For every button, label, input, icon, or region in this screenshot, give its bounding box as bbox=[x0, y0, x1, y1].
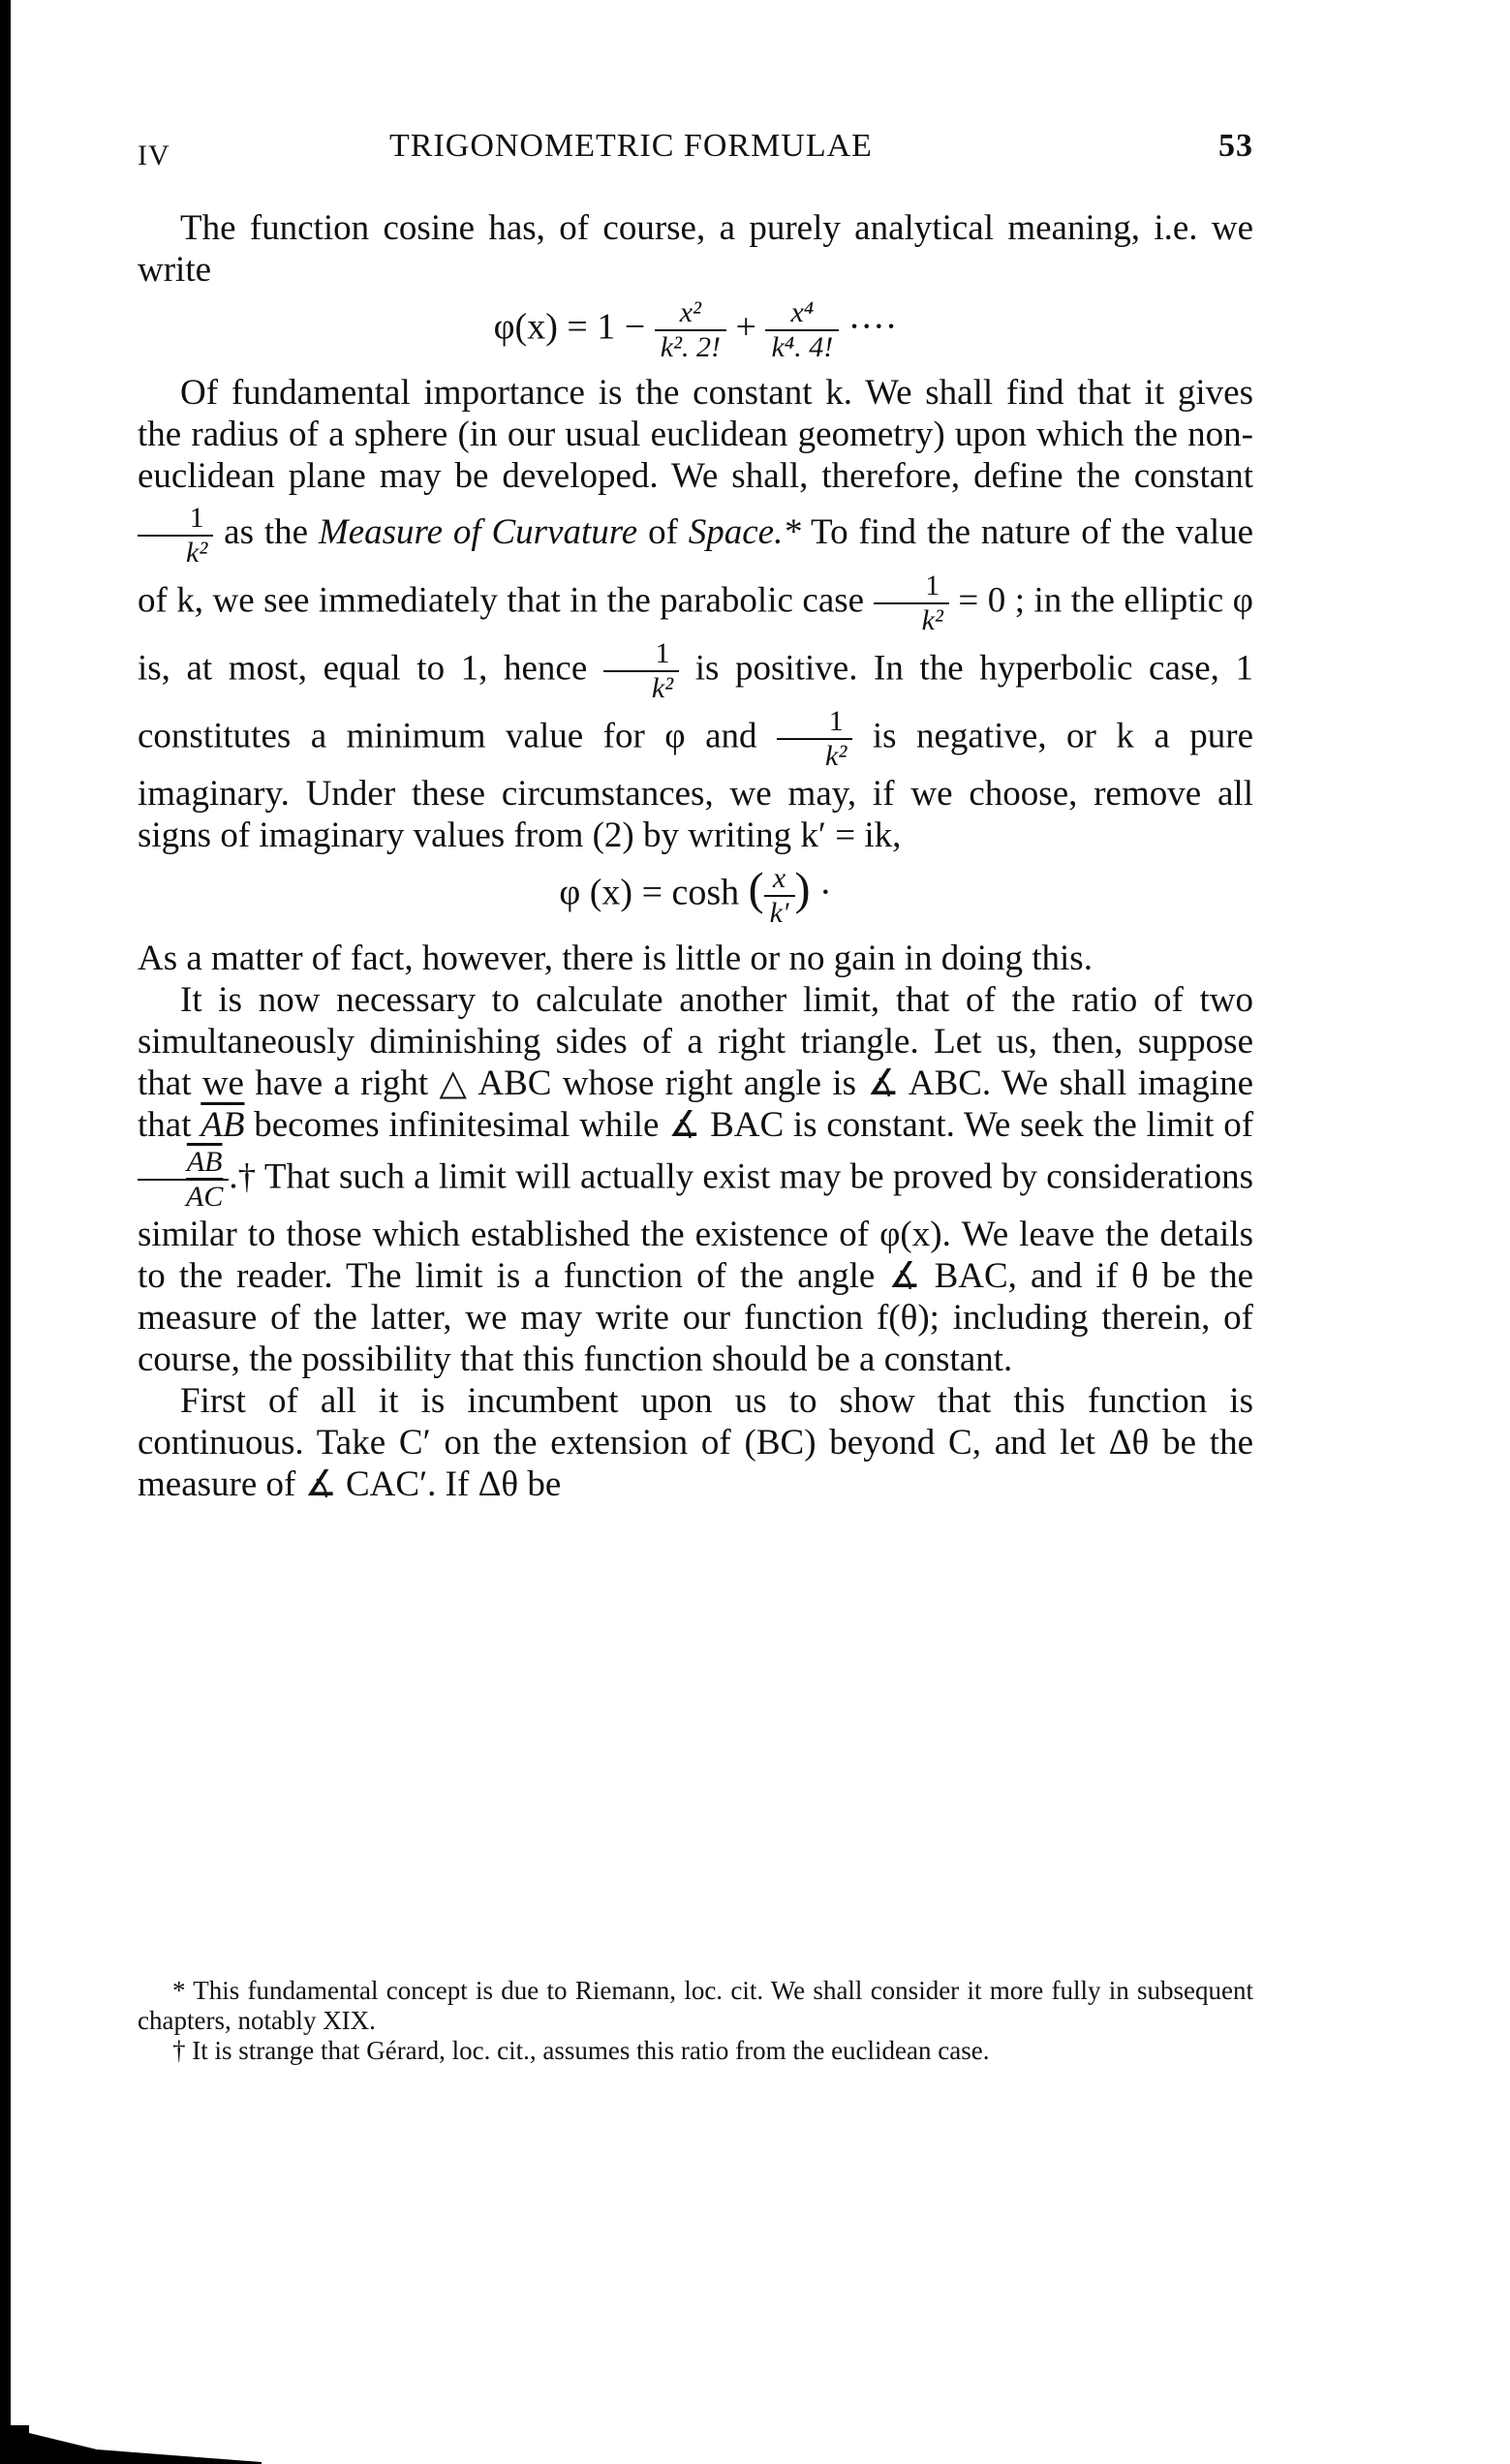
ellipsis: ···· bbox=[848, 307, 898, 348]
numerator: 1 bbox=[777, 705, 852, 740]
chapter-number: IV bbox=[138, 139, 170, 172]
dagger-mark: .† bbox=[229, 1156, 256, 1196]
eq-lhs: φ (x) = cosh bbox=[559, 872, 739, 912]
scan-border-left bbox=[0, 0, 11, 2464]
fraction-1-over-k2: 1 k² bbox=[603, 637, 679, 705]
numerator: x⁴ bbox=[765, 296, 839, 331]
running-head: IV TRIGONOMETRIC FORMULAE 53 bbox=[138, 128, 1253, 176]
eq-lhs: φ(x) = 1 − bbox=[494, 307, 646, 348]
italic-term: Measure of Curvature bbox=[319, 512, 637, 552]
running-title: TRIGONOMETRIC FORMULAE bbox=[389, 128, 873, 165]
footnotes: * This fundamental concept is due to Rie… bbox=[138, 1976, 1253, 2066]
fraction: x² k². 2! bbox=[655, 296, 726, 364]
text-run: That such a limit will actually exist ma… bbox=[138, 1156, 1253, 1379]
paragraph-3: As a matter of fact, however, there is l… bbox=[138, 938, 1253, 979]
plus-sign: + bbox=[736, 307, 756, 348]
numerator: 1 bbox=[874, 570, 949, 604]
denominator: k² bbox=[138, 537, 213, 570]
fraction-ab-over-ac: AB AC bbox=[138, 1146, 229, 1214]
denominator: k′ bbox=[764, 897, 795, 930]
text-run: as the bbox=[224, 512, 308, 552]
text-run: of bbox=[648, 512, 678, 552]
text-run: Of fundamental importance is the constan… bbox=[138, 373, 1253, 496]
fraction-1-over-k2: 1 k² bbox=[874, 570, 949, 637]
period: · bbox=[819, 872, 832, 912]
scan-border-corner bbox=[0, 2425, 262, 2464]
body-text: The function cosine has, of course, a pu… bbox=[138, 207, 1253, 1505]
numerator: x² bbox=[655, 296, 726, 331]
equation-cosh: φ (x) = cosh ( x k′ ) · bbox=[138, 862, 1253, 930]
numerator: 1 bbox=[138, 502, 213, 537]
footnote-asterisk: * This fundamental concept is due to Rie… bbox=[138, 1976, 1253, 2036]
segment-ab: AB bbox=[200, 1105, 244, 1145]
denominator: AC bbox=[138, 1181, 229, 1214]
footnote-dagger: † It is strange that Gérard, loc. cit., … bbox=[138, 2036, 1253, 2066]
fraction-1-over-k2: 1 k² bbox=[777, 705, 852, 773]
paragraph-4: It is now necessary to calculate another… bbox=[138, 979, 1253, 1380]
numerator: 1 bbox=[603, 637, 679, 672]
numerator: x bbox=[764, 862, 795, 897]
text-run: becomes infinitesimal while ∡ BAC is con… bbox=[254, 1105, 1253, 1145]
equation-phi-series: φ(x) = 1 − x² k². 2! + x⁴ k⁴. 4! ···· bbox=[138, 296, 1253, 364]
fraction: x k′ bbox=[764, 862, 795, 930]
numerator: AB bbox=[138, 1146, 229, 1181]
page-number: 53 bbox=[1218, 128, 1253, 165]
paragraph-1: The function cosine has, of course, a pu… bbox=[138, 207, 1253, 291]
denominator: k⁴. 4! bbox=[765, 331, 839, 364]
denominator: k² bbox=[603, 672, 679, 705]
italic-term: Space.* bbox=[689, 512, 801, 552]
fraction-1-over-k2: 1 k² bbox=[138, 502, 213, 570]
paragraph-2: Of fundamental importance is the constan… bbox=[138, 372, 1253, 856]
denominator: k² bbox=[874, 604, 949, 637]
denominator: k² bbox=[777, 740, 852, 773]
fraction: x⁴ k⁴. 4! bbox=[765, 296, 839, 364]
denominator: k². 2! bbox=[655, 331, 726, 364]
paragraph-5: First of all it is incumbent upon us to … bbox=[138, 1380, 1253, 1505]
